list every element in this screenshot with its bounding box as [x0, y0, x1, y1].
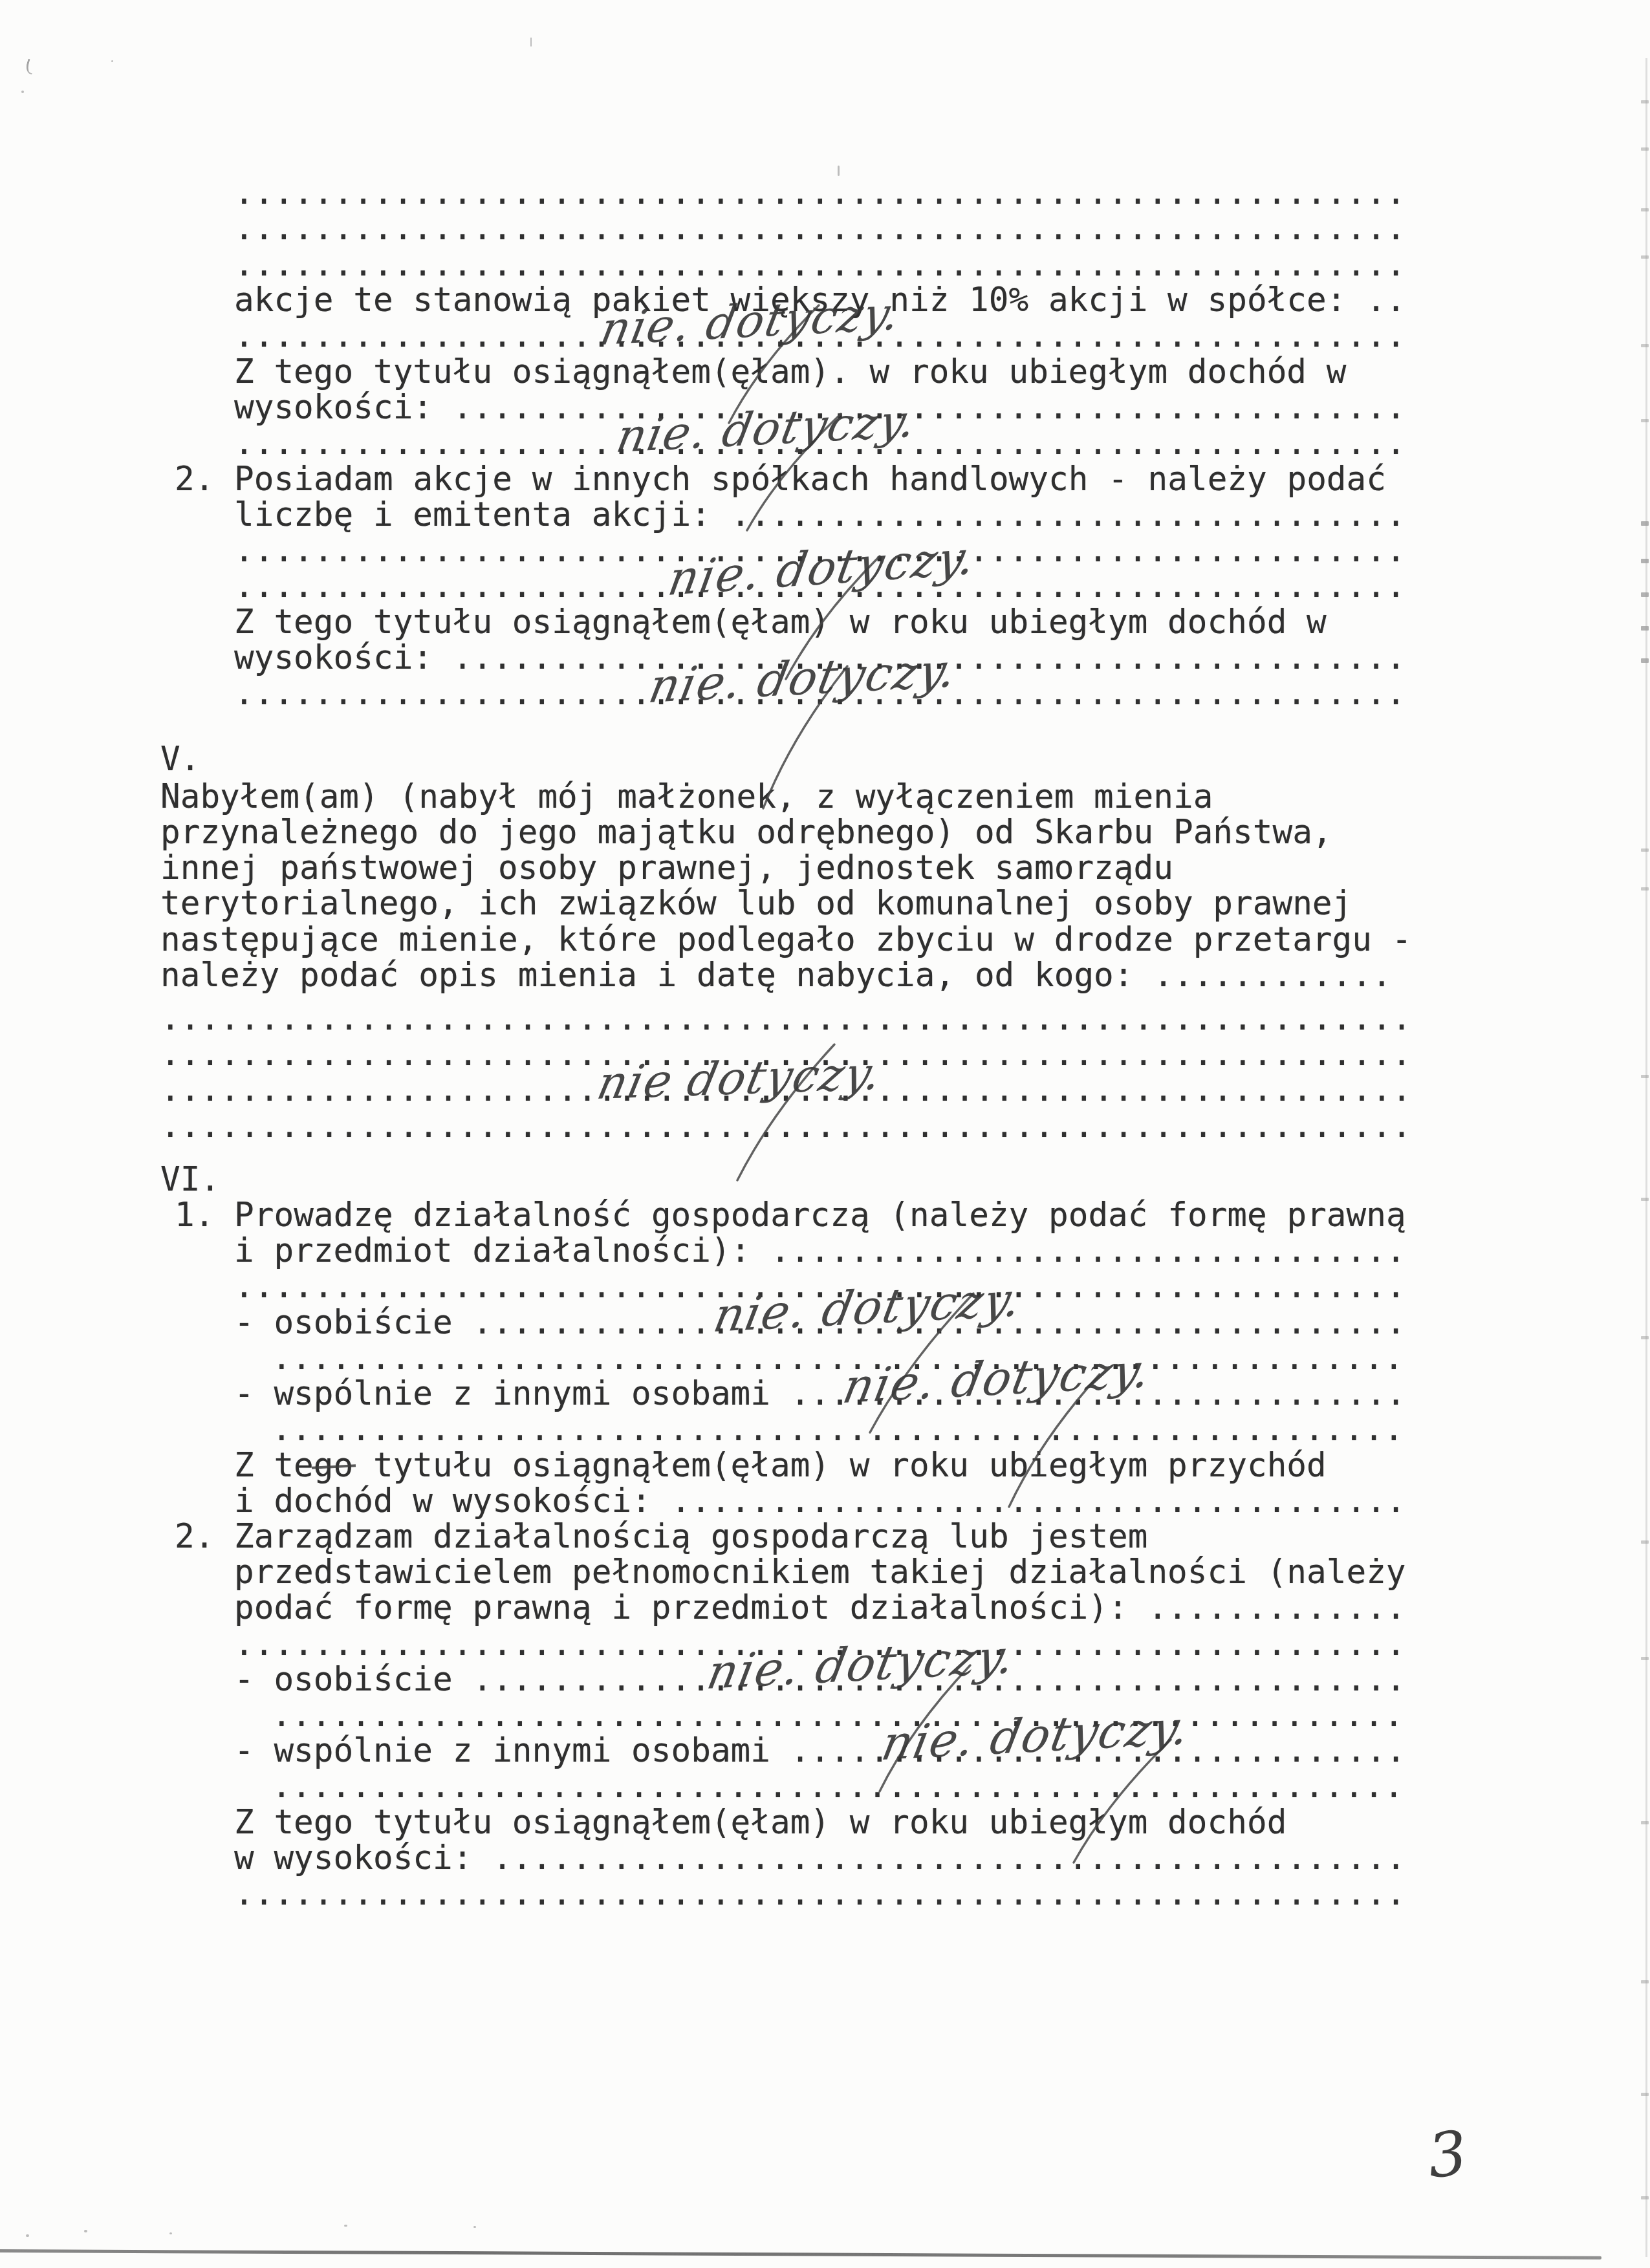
dotted-fill-line: ........................................…: [160, 1073, 1411, 1108]
scan-edge-tick: [1641, 147, 1649, 151]
dotted-fill-line: ........................................…: [234, 426, 1406, 461]
numbered-item-line: 2. Zarządzam działalnością gospodarczą l…: [175, 1520, 1148, 1555]
scan-edge-bottom-line: [0, 2249, 1601, 2260]
typed-text-line: liczbę i emitenta akcji: ...............…: [234, 498, 1406, 533]
scan-edge-tick: [1641, 1980, 1649, 1983]
typed-text-line: Nabyłem(am) (nabył mój małżonek, z wyłąc…: [160, 780, 1213, 815]
numbered-item-line: 1. Prowadzę działalność gospodarczą (nal…: [175, 1198, 1406, 1233]
dotted-fill-line: ........................................…: [272, 1341, 1404, 1376]
scan-speck: [84, 2230, 87, 2232]
dotted-fill-line: ........................................…: [272, 1412, 1404, 1447]
scan-edge-tick: [1641, 559, 1649, 563]
typed-text-line: należy podać opis mienia i datę nabycia,…: [160, 958, 1392, 993]
scan-speck: [473, 2226, 476, 2228]
typed-text-line: Z tego tytułu osiągnąłem(ęłam). w roku u…: [234, 355, 1346, 390]
dotted-fill-line: ........................................…: [234, 1269, 1406, 1304]
typed-text-line: i przedmiot działalności): .............…: [234, 1234, 1406, 1269]
scan-speck: [169, 2232, 172, 2234]
section-heading: V.: [160, 742, 200, 777]
scan-speck: [344, 2225, 347, 2227]
typed-text-line: wysokości: .............................…: [234, 391, 1406, 426]
dotted-fill-line: ........................................…: [234, 248, 1406, 283]
sub-item-line: - osobiście ............................…: [234, 1306, 1406, 1341]
sub-item-line: - osobiście ............................…: [234, 1663, 1406, 1698]
scan-edge-right-hairline: [1645, 58, 1647, 2257]
scan-speck: [530, 38, 532, 47]
dotted-fill-line: ........................................…: [234, 534, 1406, 568]
scan-edge-tick: [1641, 208, 1649, 211]
dotted-fill-line: ........................................…: [272, 1769, 1404, 1804]
scan-speck: [21, 91, 24, 93]
scan-edge-tick: [1641, 887, 1649, 891]
scan-edge-tick: [1641, 1198, 1649, 1201]
dotted-fill-line: ........................................…: [272, 1698, 1404, 1733]
scan-edge-tick: [1641, 2093, 1649, 2096]
scan-speck: [838, 166, 840, 176]
typed-text-line: Z tego tytułu osiągnąłem(ęłam) w roku ub…: [234, 1806, 1286, 1841]
scan-edge-tick: [1641, 344, 1649, 347]
scan-edge-tick: [1641, 255, 1649, 259]
typed-text-line: terytorialnego, ich związków lub od komu…: [160, 887, 1352, 922]
scan-speck: [26, 2234, 29, 2237]
dotted-fill-line: ........................................…: [234, 676, 1406, 711]
scan-edge-tick: [1641, 419, 1649, 422]
typed-text-line: w wysokości: ...........................…: [234, 1841, 1406, 1876]
scan-edge-tick: [1641, 1075, 1649, 1078]
typed-text-line: wysokości: .............................…: [234, 641, 1406, 676]
dotted-fill-line: ........................................…: [160, 1109, 1411, 1144]
scan-speck: [111, 60, 113, 62]
numbered-item-line: 2. Posiadam akcje w innych spółkach hand…: [175, 462, 1386, 497]
typed-text-line: i dochód w wysokości: ..................…: [234, 1484, 1406, 1519]
typed-text-line: podać formę prawną i przedmiot działalno…: [234, 1591, 1406, 1626]
typed-text-line: przynależnego do jego majątku odrębnego)…: [160, 815, 1332, 850]
scan-edge-tick: [1641, 592, 1649, 597]
scanned-document-page: ........................................…: [0, 0, 1650, 2268]
dotted-fill-line: ........................................…: [234, 1627, 1406, 1662]
section-heading: VI.: [160, 1163, 220, 1198]
typed-text-line: akcje te stanowią pakiet większy niż 10%…: [234, 283, 1406, 318]
dotted-fill-line: ........................................…: [234, 211, 1406, 246]
dotted-fill-line: ........................................…: [160, 1037, 1411, 1072]
dotted-fill-line: ........................................…: [160, 1002, 1411, 1037]
dotted-fill-line: ........................................…: [234, 176, 1406, 211]
dotted-fill-line: ........................................…: [234, 569, 1406, 604]
scan-edge-tick: [1641, 658, 1649, 663]
typed-text-line: następujące mienie, które podlegało zbyc…: [160, 923, 1411, 958]
dotted-fill-line: ........................................…: [234, 1877, 1406, 1912]
typed-text-line: Z tego tytułu osiągnąłem(ęłam) w roku ub…: [234, 605, 1327, 640]
sub-item-line: - wspólnie z innymi osobami ............…: [234, 1734, 1406, 1769]
scan-speck-curl: [24, 59, 36, 75]
scan-edge-tick: [1641, 1540, 1649, 1544]
scan-edge-tick: [1641, 2196, 1649, 2199]
typed-text-line: Z tego tytułu osiągnąłem(ęłam) w roku ub…: [234, 1449, 1327, 1484]
scan-edge-tick: [1641, 521, 1649, 526]
dotted-fill-line: ........................................…: [234, 319, 1406, 354]
scan-edge-tick: [1641, 100, 1649, 103]
typed-text-line: przedstawicielem pełnomocnikiem takiej d…: [234, 1555, 1406, 1590]
sub-item-line: - wspólnie z innymi osobami ............…: [234, 1377, 1406, 1412]
page-number: 3: [1424, 2118, 1470, 2192]
scan-edge-tick: [1641, 1657, 1649, 1660]
scan-edge-tick: [1641, 626, 1649, 631]
scan-edge-tick: [1641, 848, 1649, 852]
scan-edge-tick: [1641, 1821, 1649, 1824]
scan-edge-tick: [1641, 1336, 1649, 1339]
typed-text-line: innej państwowej osoby prawnej, jednoste…: [160, 851, 1173, 886]
